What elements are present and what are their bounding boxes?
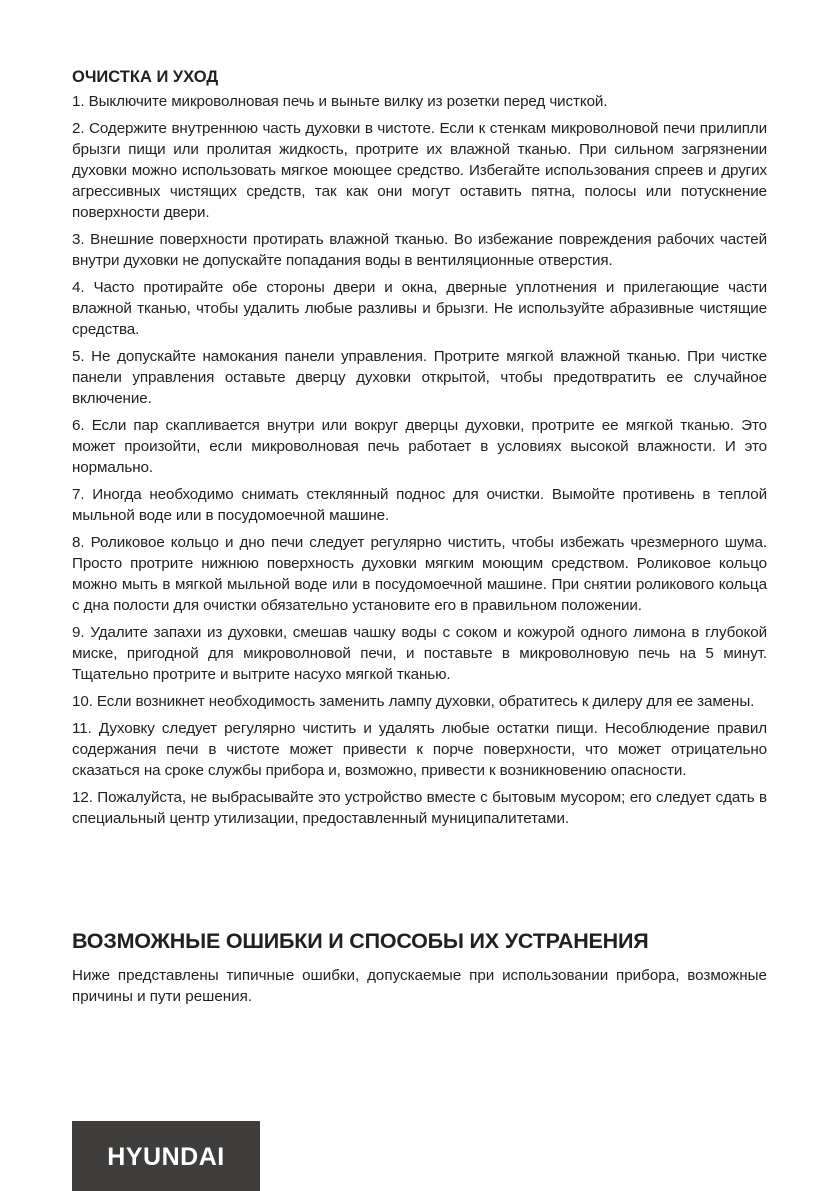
- cleaning-item-8: 8. Роликовое кольцо и дно печи следует р…: [72, 533, 767, 616]
- brand-logo: HYUNDAI: [72, 1121, 260, 1191]
- cleaning-item-9: 9. Удалите запахи из духовки, смешав чаш…: [72, 623, 767, 685]
- cleaning-section: ОЧИСТКА И УХОД 1. Выключите микроволнова…: [72, 66, 767, 837]
- troubleshooting-intro: Ниже представлены типичные ошибки, допус…: [72, 966, 767, 1008]
- cleaning-item-5: 5. Не допускайте намокания панели управл…: [72, 347, 767, 409]
- cleaning-heading: ОЧИСТКА И УХОД: [72, 66, 767, 88]
- brand-logo-text: HYUNDAI: [107, 1143, 224, 1172]
- cleaning-item-4: 4. Часто протирайте обе стороны двери и …: [72, 278, 767, 340]
- cleaning-item-6: 6. Если пар скапливается внутри или вокр…: [72, 416, 767, 478]
- cleaning-item-2: 2. Содержите внутреннюю часть духовки в …: [72, 119, 767, 223]
- cleaning-item-7: 7. Иногда необходимо снимать стеклянный …: [72, 485, 767, 527]
- cleaning-item-3: 3. Внешние поверхности протирать влажной…: [72, 230, 767, 272]
- cleaning-item-11: 11. Духовку следует регулярно чистить и …: [72, 719, 767, 781]
- cleaning-item-10: 10. Если возникнет необходимость заменит…: [72, 692, 767, 713]
- cleaning-item-12: 12. Пожалуйста, не выбрасывайте это устр…: [72, 788, 767, 830]
- cleaning-item-1: 1. Выключите микроволновая печь и выньте…: [72, 92, 767, 113]
- troubleshooting-heading: ВОЗМОЖНЫЕ ОШИБКИ И СПОСОБЫ ИХ УСТРАНЕНИЯ: [72, 927, 772, 955]
